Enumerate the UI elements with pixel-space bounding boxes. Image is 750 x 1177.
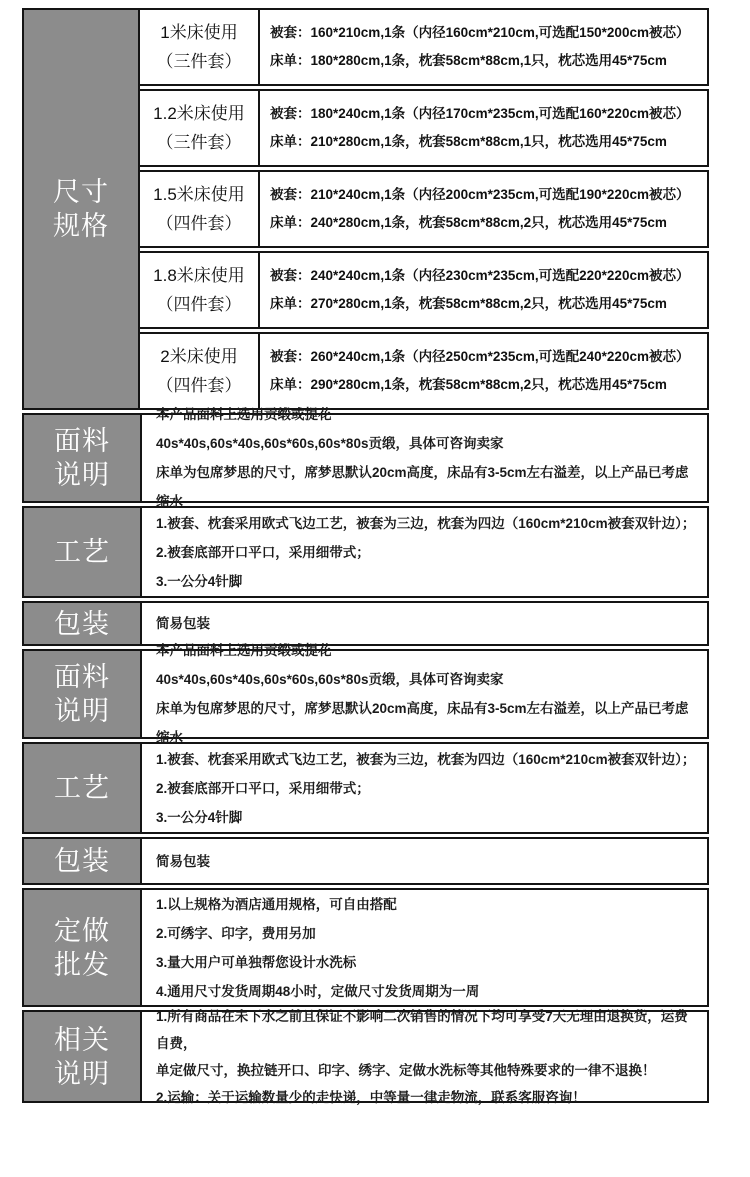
body-line: 3.量大用户可单独帮您设计水洗标 — [156, 948, 699, 977]
size-spec-label: 尺寸 规格 — [22, 8, 140, 410]
body-line: 3.一公分4针脚 — [156, 803, 699, 832]
body-line: 本产品面料上选用贡缎或提花 — [156, 400, 699, 429]
section-size-spec: 尺寸 规格 1米床使用 （三件套） 被套：160*210cm,1条（内径160c… — [22, 8, 709, 410]
spec-cell: 被套：180*240cm,1条（内径170cm*235cm,可选配160*220… — [260, 91, 707, 165]
spec-line-sheet: 床单：180*280cm,1条，枕套58cm*88cm,1只，枕芯选用45*75… — [270, 51, 701, 71]
spec-cell: 被套：240*240cm,1条（内径230cm*235cm,可选配220*220… — [260, 253, 707, 327]
table-row: 2米床使用 （四件套） 被套：260*240cm,1条（内径250cm*235c… — [138, 332, 709, 410]
section-custom-wholesale: 定做 批发 1.以上规格为酒店通用规格，可自由搭配 2.可绣字、印字，费用另加 … — [22, 888, 709, 1007]
section-body: 1.被套、枕套采用欧式飞边工艺，被套为三边，枕套为四边（160cm*210cm被… — [142, 508, 707, 596]
section-label: 面料 说明 — [24, 415, 142, 501]
spec-line-quilt: 被套：260*240cm,1条（内径250cm*235cm,可选配240*220… — [270, 347, 701, 367]
section-body: 本产品面料上选用贡缎或提花 40s*40s,60s*40s,60s*60s,60… — [142, 415, 707, 501]
body-line: 简易包装 — [156, 609, 699, 638]
section-label: 相关 说明 — [24, 1012, 142, 1101]
spec-line-sheet: 床单：290*280cm,1条，枕套58cm*88cm,2只，枕芯选用45*75… — [270, 375, 701, 395]
table-row: 1.5米床使用 （四件套） 被套：210*240cm,1条（内径200cm*23… — [138, 170, 709, 248]
section-label: 面料 说明 — [24, 651, 142, 737]
bed-size-cell: 1.8米床使用 （四件套） — [140, 253, 260, 327]
body-line: 4.通用尺寸发货周期48小时，定做尺寸发货周期为一周 — [156, 977, 699, 1006]
section-label: 包装 — [24, 839, 142, 883]
body-line: 单定做尺寸，换拉链开口、印字、绣字、定做水洗标等其他特殊要求的一律不退换！ — [156, 1057, 699, 1084]
section-related-notes: 相关 说明 1.所有商品在未下水之前且保证不影响二次销售的情况下均可享受7天无理… — [22, 1010, 709, 1103]
body-line: 1.以上规格为酒店通用规格，可自由搭配 — [156, 890, 699, 919]
section-label: 工艺 — [24, 508, 142, 596]
spec-cell: 被套：210*240cm,1条（内径200cm*235cm,可选配190*220… — [260, 172, 707, 246]
spec-cell: 被套：260*240cm,1条（内径250cm*235cm,可选配240*220… — [260, 334, 707, 408]
body-line: 1.被套、枕套采用欧式飞边工艺，被套为三边，枕套为四边（160cm*210cm被… — [156, 509, 699, 538]
bed-size-cell: 1.2米床使用 （三件套） — [140, 91, 260, 165]
body-line: 2.被套底部开口平口，采用细带式； — [156, 538, 699, 567]
section-body: 1.所有商品在未下水之前且保证不影响二次销售的情况下均可享受7天无理由退换货，运… — [142, 1012, 707, 1101]
spec-cell: 被套：160*210cm,1条（内径160cm*210cm,可选配150*200… — [260, 10, 707, 84]
section-label: 定做 批发 — [24, 890, 142, 1005]
body-line: 40s*40s,60s*40s,60s*60s,60s*80s贡缎，具体可咨询卖… — [156, 665, 699, 694]
body-line: 3.一公分4针脚 — [156, 567, 699, 596]
section-fabric-notes-2: 面料 说明 本产品面料上选用贡缎或提花 40s*40s,60s*40s,60s*… — [22, 649, 709, 739]
table-row: 1.2米床使用 （三件套） 被套：180*240cm,1条（内径170cm*23… — [138, 89, 709, 167]
body-line: 2.被套底部开口平口，采用细带式； — [156, 774, 699, 803]
size-rows: 1米床使用 （三件套） 被套：160*210cm,1条（内径160cm*210c… — [138, 8, 709, 410]
body-line: 40s*40s,60s*40s,60s*60s,60s*80s贡缎，具体可咨询卖… — [156, 429, 699, 458]
body-line: 1.所有商品在未下水之前且保证不影响二次销售的情况下均可享受7天无理由退换货，运… — [156, 1003, 699, 1057]
bed-size-cell: 1米床使用 （三件套） — [140, 10, 260, 84]
section-craftsmanship-1: 工艺 1.被套、枕套采用欧式飞边工艺，被套为三边，枕套为四边（160cm*210… — [22, 506, 709, 598]
body-line: 2.可绣字、印字，费用另加 — [156, 919, 699, 948]
bed-size-cell: 1.5米床使用 （四件套） — [140, 172, 260, 246]
table-row: 1.8米床使用 （四件套） 被套：240*240cm,1条（内径230cm*23… — [138, 251, 709, 329]
body-line: 2.运输：关于运输数量少的走快递，中等量一律走物流，联系客服咨询！ — [156, 1084, 699, 1111]
section-body: 1.被套、枕套采用欧式飞边工艺，被套为三边，枕套为四边（160cm*210cm被… — [142, 744, 707, 832]
spec-line-quilt: 被套：210*240cm,1条（内径200cm*235cm,可选配190*220… — [270, 185, 701, 205]
product-spec-table: 尺寸 规格 1米床使用 （三件套） 被套：160*210cm,1条（内径160c… — [22, 8, 709, 1106]
spec-line-quilt: 被套：180*240cm,1条（内径170cm*235cm,可选配160*220… — [270, 104, 701, 124]
section-body: 简易包装 — [142, 839, 707, 883]
spec-line-quilt: 被套：240*240cm,1条（内径230cm*235cm,可选配220*220… — [270, 266, 701, 286]
section-label: 工艺 — [24, 744, 142, 832]
spec-line-sheet: 床单：210*280cm,1条，枕套58cm*88cm,1只，枕芯选用45*75… — [270, 132, 701, 152]
section-body: 1.以上规格为酒店通用规格，可自由搭配 2.可绣字、印字，费用另加 3.量大用户… — [142, 890, 707, 1005]
bed-size-cell: 2米床使用 （四件套） — [140, 334, 260, 408]
spec-line-quilt: 被套：160*210cm,1条（内径160cm*210cm,可选配150*200… — [270, 23, 701, 43]
body-line: 本产品面料上选用贡缎或提花 — [156, 636, 699, 665]
table-row: 1米床使用 （三件套） 被套：160*210cm,1条（内径160cm*210c… — [138, 8, 709, 86]
body-line: 1.被套、枕套采用欧式飞边工艺，被套为三边，枕套为四边（160cm*210cm被… — [156, 745, 699, 774]
spec-line-sheet: 床单：240*280cm,1条，枕套58cm*88cm,2只，枕芯选用45*75… — [270, 213, 701, 233]
body-line: 简易包装 — [156, 847, 699, 876]
section-packaging-2: 包装 简易包装 — [22, 837, 709, 885]
spec-line-sheet: 床单：270*280cm,1条，枕套58cm*88cm,2只，枕芯选用45*75… — [270, 294, 701, 314]
section-fabric-notes-1: 面料 说明 本产品面料上选用贡缎或提花 40s*40s,60s*40s,60s*… — [22, 413, 709, 503]
section-body: 本产品面料上选用贡缎或提花 40s*40s,60s*40s,60s*60s,60… — [142, 651, 707, 737]
section-label: 包装 — [24, 603, 142, 644]
section-craftsmanship-2: 工艺 1.被套、枕套采用欧式飞边工艺，被套为三边，枕套为四边（160cm*210… — [22, 742, 709, 834]
